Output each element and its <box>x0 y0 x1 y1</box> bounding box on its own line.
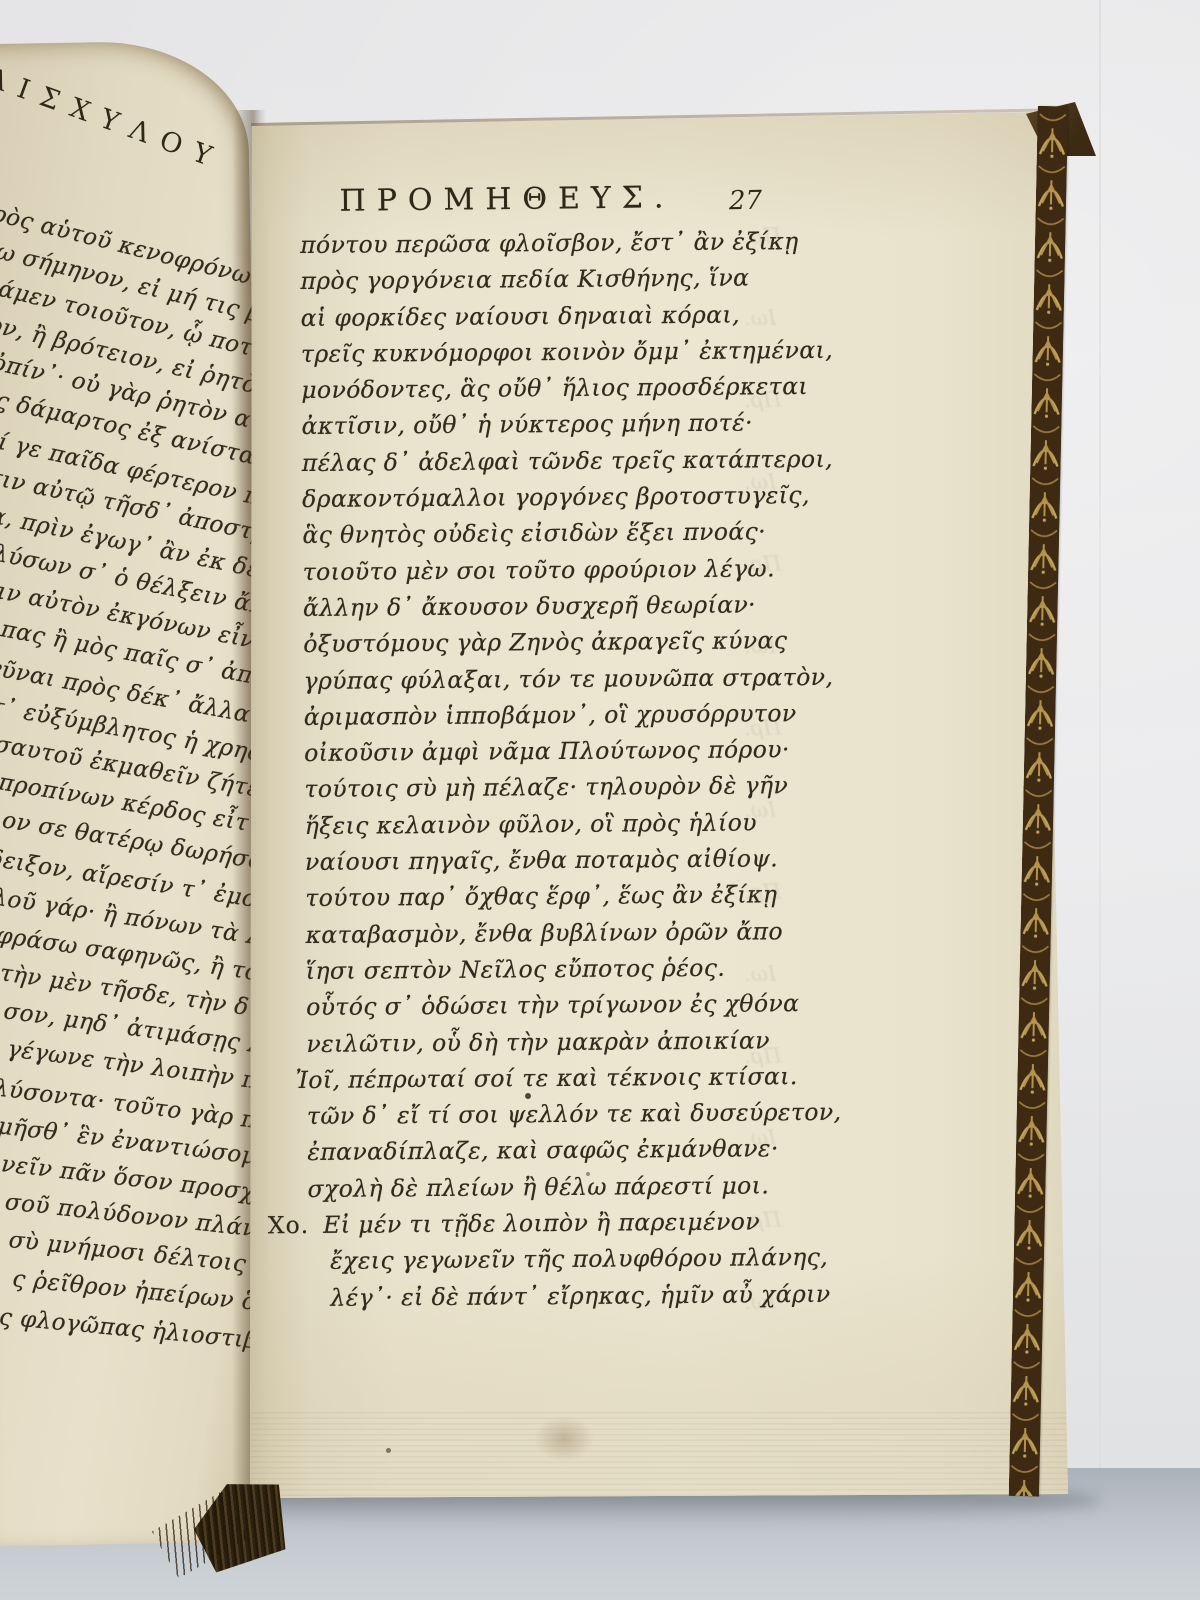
right-page-header: ΠΡΟΜΗΘΕΥΣ. <box>317 180 697 219</box>
speaker-label: Χο. <box>268 1211 324 1239</box>
backdrop-seam <box>1099 0 1101 1500</box>
line-text: τῶν δ᾽ εἴ τί σοι ψελλόν τε καὶ δυσεύρετο… <box>307 1098 842 1130</box>
line-text: πέλας δ᾽ ἀδελφαὶ τῶνδε τρεῖς κατάπτεροι, <box>302 445 833 477</box>
line-text: ναίουσι πηγαῖς, ἔνθα ποταμὸς αἰθίοψ. <box>305 844 778 876</box>
line-text: Ἰοῖ, πέπρωταί σοί τε καὶ τέκνοις κτίσαι. <box>296 1062 798 1094</box>
text-line: ἀριμασπὸν ἱπποβάμον᾽, οἳ χρυσόρρυτον <box>304 695 844 736</box>
line-text: οὗτός σ᾽ ὁδώσει τὴν τρίγωνον ἐς χθόνα <box>306 989 799 1021</box>
text-line: ἔχεις γεγωνεῖν τῆς πολυφθόρου πλάνης, <box>330 1239 848 1279</box>
line-text: Εἰ μέν τι τῇδε λοιπὸν ἢ παρειμένον <box>323 1207 760 1238</box>
stain-smudge <box>534 1416 594 1462</box>
text-line: λέγ᾽· εἰ δὲ πάντ᾽ εἴρηκας, ἡμῖν αὖ χάριν <box>330 1275 848 1315</box>
ink-speck <box>586 1172 590 1176</box>
line-text: σχολὴ δὲ πλείων ἢ θέλω πάρεστί μοι. <box>307 1171 769 1203</box>
text-line: Χο.Εἰ μέν τι τῇδε λοιπὸν ἢ παρειμένον <box>308 1203 848 1244</box>
line-text: τούτου παρ᾽ ὄχθας ἕρφ᾽, ἕως ἂν ἐξίκῃ <box>305 881 777 913</box>
text-line: οὗτός σ᾽ ὁδώσει τὴν τρίγωνον ἐς χθόνα <box>306 985 846 1026</box>
line-text: λέγ᾽· εἰ δὲ πάντ᾽ εἴρηκας, ἡμῖν αὖ χάριν <box>330 1279 830 1311</box>
book-photo: ΑΙΣΧΥΛΟΥ πρὸς αὑτοῦ κενοφρόνων βουλευμπω… <box>0 0 1200 1600</box>
line-text: μονόδοντες, ἃς οὔθ᾽ ἥλιος προσδέρκεται <box>301 372 808 404</box>
line-text: ἀκτῖσιν, οὔθ᾽ ἡ νύκτερος μήνη ποτέ· <box>301 409 753 441</box>
text-line: ὀξυστόμους γὰρ Ζηνὸς ἀκραγεῖς κύνας <box>303 622 843 663</box>
line-text: ἵησι σεπτὸν Νεῖλος εὔποτος ῥέος. <box>306 954 726 985</box>
text-line: πρὸς γοργόνεια πεδία Κισθήνης, ἵνα <box>300 259 840 300</box>
text-line: ἄλλην δ᾽ ἄκουσον δυσχερῆ θεωρίαν· <box>303 586 843 627</box>
line-text: τούτοις σὺ μὴ πέλαζε· τηλουρὸν δὲ γῆν <box>304 772 788 804</box>
text-line: ἵησι σεπτὸν Νεῖλος εὔποτος ῥέος. <box>306 949 846 990</box>
text-line: δρακοντόμαλλοι γοργόνες βροτοστυγεῖς, <box>302 477 842 518</box>
text-line: τούτοις σὺ μὴ πέλαζε· τηλουρὸν δὲ γῆν <box>304 767 844 808</box>
page-number: 27 <box>729 186 763 217</box>
text-line: σχολὴ δὲ πλείων ἢ θέλω πάρεστί μοι. <box>307 1166 847 1207</box>
line-text: πρὸς γοργόνεια πεδία Κισθήνης, ἵνα <box>300 264 749 296</box>
line-text: οἰκοῦσιν ἀμφὶ νᾶμα Πλούτωνος πόρου· <box>304 735 790 767</box>
text-line: ἐπαναδίπλαζε, καὶ σαφῶς ἐκμάνθανε· <box>307 1130 847 1171</box>
line-text: τοιοῦτο μὲν σοι τοῦτο φρούριον λέγω. <box>303 554 775 586</box>
line-text: ἔχεις γεγωνεῖν τῆς πολυφθόρου πλάνης, <box>330 1243 828 1275</box>
text-line: μονόδοντες, ἃς οὔθ᾽ ἥλιος προσδέρκεται <box>301 368 841 409</box>
text-line: Ἰοῖ, πέπρωταί σοί τε καὶ τέκνοις κτίσαι. <box>296 1058 847 1099</box>
text-line: τῶν δ᾽ εἴ τί σοι ψελλόν τε καὶ δυσεύρετο… <box>307 1094 847 1135</box>
line-text: πόντου περῶσα φλοῖσβον, ἔστ᾽ ἂν ἐξίκῃ <box>300 227 799 259</box>
text-line: ἃς θνητὸς οὐδεὶς εἰσιδὼν ἕξει πνοάς· <box>302 513 842 554</box>
line-text: τρεῖς κυκνόμορφοι κοινὸν ὄμμ᾽ ἐκτημέναι, <box>301 336 833 368</box>
ink-speck <box>525 1093 531 1099</box>
text-line: πόντου περῶσα φλοῖσβον, ἔστ᾽ ἂν ἐξίκῃ <box>300 223 840 264</box>
text-line: γρύπας φύλαξαι, τόν τε μουνῶπα στρατὸν, <box>303 658 843 699</box>
line-text: νειλῶτιν, οὗ δὴ τὴν μακρὰν ἀποικίαν <box>306 1026 770 1058</box>
ink-speck <box>386 1448 391 1453</box>
line-text: ἄλλην δ᾽ ἄκουσον δυσχερῆ θεωρίαν· <box>303 590 756 622</box>
text-line: ἥξεις κελαινὸν φῦλον, οἳ πρὸς ἡλίου <box>305 803 845 844</box>
line-text: δρακοντόμαλλοι γοργόνες βροτοστυγεῖς, <box>302 481 810 513</box>
left-page-header: ΑΙΣΧΥΛΟΥ <box>0 62 228 177</box>
text-line: ἀκτῖσιν, οὔθ᾽ ἡ νύκτερος μήνη ποτέ· <box>301 404 841 445</box>
text-line: νειλῶτιν, οὗ δὴ τὴν μακρὰν ἀποικίαν <box>306 1021 846 1062</box>
line-text: γρύπας φύλαξαι, τόν τε μουνῶπα στρατὸν, <box>303 662 833 694</box>
text-line: οἰκοῦσιν ἀμφὶ νᾶμα Πλούτωνος πόρου· <box>304 731 844 772</box>
text-line: καταβασμὸν, ἔνθα βυβλίνων ὀρῶν ἄπο <box>305 912 845 953</box>
line-text: καταβασμὸν, ἔνθα βυβλίνων ὀρῶν ἄπο <box>305 917 783 949</box>
text-line: πέλας δ᾽ ἀδελφαὶ τῶνδε τρεῖς κατάπτεροι, <box>302 441 842 482</box>
line-text: ἀριμασπὸν ἱπποβάμον᾽, οἳ χρυσόρρυτον <box>304 699 797 731</box>
text-line: τούτου παρ᾽ ὄχθας ἕρφ᾽, ἕως ἂν ἐξίκῃ <box>305 876 845 917</box>
right-page-lines: πόντου περῶσα φλοῖσβον, ἔστ᾽ ἂν ἐξίκῃπρὸ… <box>300 223 849 1316</box>
text-line: τοιοῦτο μὲν σοι τοῦτο φρούριον λέγω. <box>303 549 843 590</box>
line-text: ἃς θνητὸς οὐδεὶς εἰσιδὼν ἕξει πνοάς· <box>302 518 766 550</box>
line-text: ὀξυστόμους γὰρ Ζηνὸς ἀκραγεῖς κύνας <box>303 626 787 658</box>
line-text: ἐπαναδίπλαζε, καὶ σαφῶς ἐκμάνθανε· <box>307 1135 779 1167</box>
line-text: αἱ φορκίδες ναίουσι δηναιαὶ κόραι, <box>301 300 740 331</box>
line-text: ἥξεις κελαινὸν φῦλον, οἳ πρὸς ἡλίου <box>305 808 757 840</box>
text-line: τρεῖς κυκνόμορφοι κοινὸν ὄμμ᾽ ἐκτημέναι, <box>301 332 841 373</box>
right-page: ΠΡΟΜΗΘΕΥΣ. 27 Πρ.Ιω.Πρ.Ιω.Πρ.Ιω.Πρ.Ιω.Πρ… <box>246 106 1094 1498</box>
text-line: αἱ φορκίδες ναίουσι δηναιαὶ κόραι, <box>301 295 841 336</box>
text-line: ναίουσι πηγαῖς, ἔνθα ποταμὸς αἰθίοψ. <box>305 840 845 881</box>
